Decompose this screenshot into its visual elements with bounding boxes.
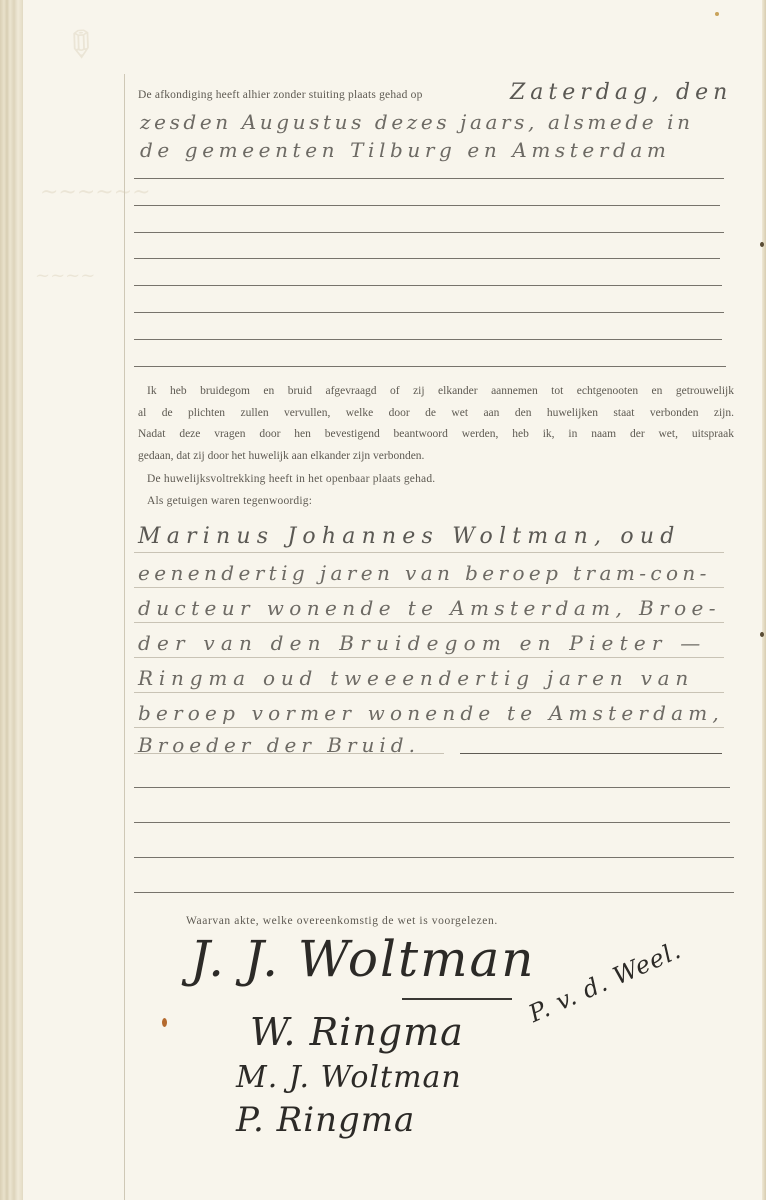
page-stack-edge	[0, 0, 24, 1200]
declaration-paragraph: Ik heb bruidegom en bruid afgevraagd of …	[138, 381, 734, 467]
signature-witness-2: P. Ringma	[236, 1100, 415, 1140]
bleed-through-mark: ~~~~~~	[40, 180, 151, 205]
signature-witness-1: M. J. Woltman	[236, 1060, 462, 1095]
blank-rule	[134, 232, 724, 233]
signature-underline	[402, 998, 512, 1000]
witness-line-6: beroep vormer wonende te Amsterdam,	[138, 701, 724, 725]
blank-rule	[134, 285, 722, 286]
announcement-handwritten-line-1: Zaterdag, den	[510, 80, 732, 105]
baseline-rule	[134, 587, 724, 588]
blank-rule	[134, 258, 720, 259]
announcement-handwritten-line-2: zesden Augustus dezes jaars, alsmede in	[140, 110, 694, 134]
blank-rule	[134, 822, 730, 823]
announcement-printed-text: De afkondiging heeft alhier zonder stuit…	[138, 89, 423, 101]
declaration-line-2: al de plichten zullen vervullen, welke d…	[138, 403, 734, 425]
announcement-handwritten-line-3: de gemeenten Tilburg en Amsterdam	[140, 138, 670, 162]
ink-speck	[760, 632, 764, 637]
page-right-edge	[762, 0, 766, 1200]
blank-rule	[134, 892, 734, 893]
blank-rule	[134, 366, 726, 367]
baseline-rule	[134, 552, 724, 553]
closing-dash-rule	[460, 753, 722, 754]
baseline-rule	[134, 692, 724, 693]
witness-line-7: Broeder der Bruid.	[138, 733, 420, 757]
blank-rule	[134, 312, 724, 313]
declaration-line-1: Ik heb bruidegom en bruid afgevraagd of …	[138, 381, 734, 403]
closing-statement: Waarvan akte, welke overeenkomstig de we…	[186, 915, 498, 927]
baseline-rule	[134, 727, 724, 728]
blank-rule	[134, 857, 734, 858]
public-ceremony-text: De huwelijksvoltrekking heeft in het ope…	[147, 473, 435, 485]
declaration-line-3: Nadat deze vragen door hen bevestigend b…	[138, 424, 734, 446]
ink-speck	[715, 12, 719, 16]
baseline-rule	[134, 657, 724, 658]
witness-line-3: ducteur wonende te Amsterdam, Broe-	[138, 596, 721, 620]
blank-rule	[134, 787, 730, 788]
margin-line	[124, 74, 125, 1200]
ink-speck	[760, 242, 764, 247]
declaration-line-4: gedaan, dat zij door het huwelijk aan el…	[138, 446, 734, 468]
witness-line-5: Ringma oud tweeendertig jaren van	[138, 666, 694, 690]
witnesses-label: Als getuigen waren tegenwoordig:	[147, 495, 312, 507]
ink-stain	[162, 1018, 167, 1027]
witness-line-4: der van den Bruidegom en Pieter —	[138, 631, 706, 655]
witness-line-2: eenendertig jaren van beroep tram-con-	[138, 561, 711, 585]
baseline-rule	[134, 622, 724, 623]
blank-rule	[134, 178, 724, 179]
signature-bride: W. Ringma	[250, 1010, 464, 1054]
signature-groom: J. J. Woltman	[190, 930, 536, 988]
witness-line-1: Marinus Johannes Woltman, oud	[138, 524, 680, 549]
blank-rule	[134, 339, 722, 340]
bleed-through-mark: ~~~~	[35, 265, 95, 286]
blank-rule	[134, 205, 720, 206]
